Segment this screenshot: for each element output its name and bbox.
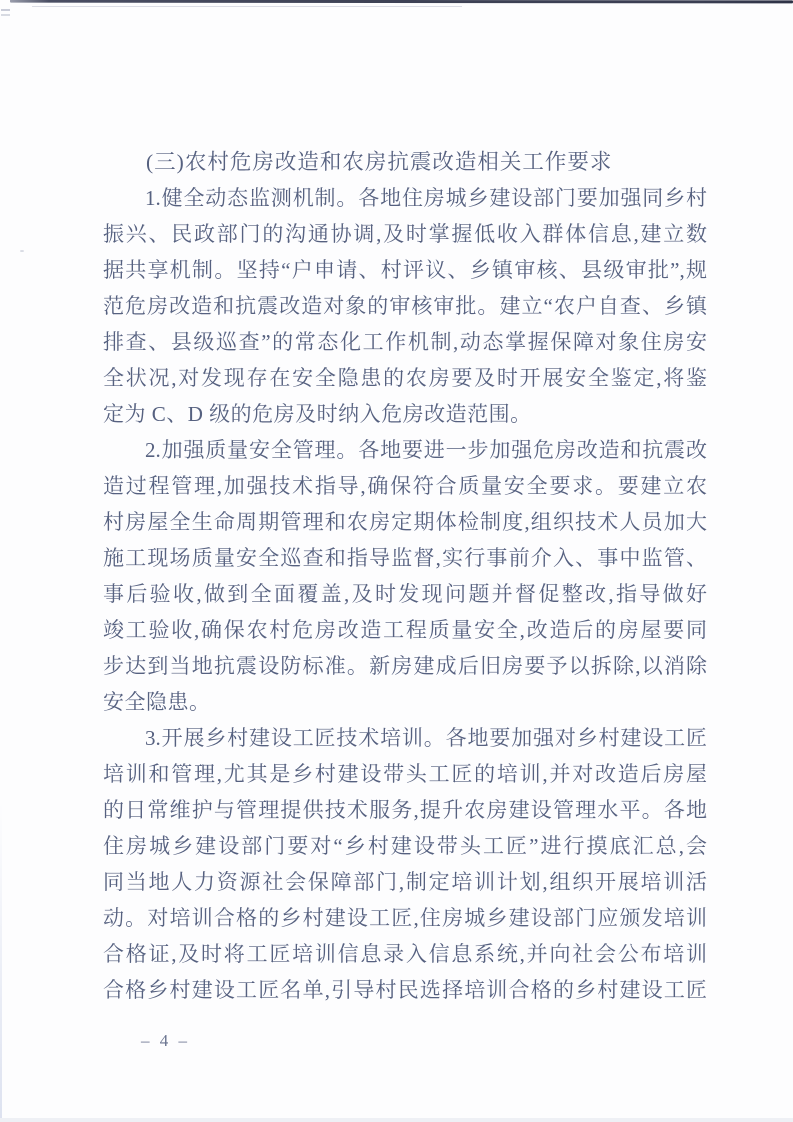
scan-artifact-top-edge: [10, 0, 793, 3]
paragraph-2-line-4: 施工现场质量安全巡查和指导监督,实行事前介入、事中监管、: [103, 540, 707, 576]
section-heading: (三)农村危房改造和农房抗震改造相关工作要求: [103, 144, 707, 180]
scan-artifact-bottom-edge: [0, 1118, 793, 1122]
paragraph-3-line-5: 同当地人力资源社会保障部门,制定培训计划,组织开展培训活: [103, 864, 707, 900]
scan-artifact-speck: [20, 250, 24, 252]
scan-artifact-smudge: [1, 9, 10, 11]
paragraph-3-line-3: 的日常维护与管理提供技术服务,提升农房建设管理水平。各地: [103, 792, 707, 828]
paragraph-3-line-8: 合格乡村建设工匠名单,引导村民选择培训合格的乡村建设工匠: [103, 972, 707, 1008]
paragraph-1-line-7: 定为 C、D 级的危房及时纳入危房改造范围。: [103, 396, 707, 432]
paragraph-3-line-6: 动。对培训合格的乡村建设工匠,住房城乡建设部门应颁发培训: [103, 900, 707, 936]
scanned-document-page: (三)农村危房改造和农房抗震改造相关工作要求 1.健全动态监测机制。各地住房城乡…: [0, 0, 793, 1122]
scan-artifact-faint-line: [32, 6, 462, 7]
paragraph-2-line-3: 村房屋全生命周期管理和农房定期体检制度,组织技术人员加大: [103, 504, 707, 540]
paragraph-1-line-3: 据共享机制。坚持“户申请、村评议、乡镇审核、县级审批”,规: [103, 252, 707, 288]
paragraph-2-line-2: 造过程管理,加强技术指导,确保符合质量安全要求。要建立农: [103, 468, 707, 504]
document-body: (三)农村危房改造和农房抗震改造相关工作要求 1.健全动态监测机制。各地住房城乡…: [103, 144, 707, 1008]
paragraph-3-line-4: 住房城乡建设部门要对“乡村建设带头工匠”进行摸底汇总,会: [103, 828, 707, 864]
paragraph-2-line-5: 事后验收,做到全面覆盖,及时发现问题并督促整改,指导做好: [103, 576, 707, 612]
paragraph-2-line-6: 竣工验收,确保农村危房改造工程质量安全,改造后的房屋要同: [103, 612, 707, 648]
paragraph-3-line-7: 合格证,及时将工匠培训信息录入信息系统,并向社会公布培训: [103, 936, 707, 972]
paragraph-2-line-8: 安全隐患。: [103, 684, 707, 720]
paragraph-2-line-1: 2.加强质量安全管理。各地要进一步加强危房改造和抗震改: [103, 432, 707, 468]
scan-artifact-left-edge: [0, 802, 2, 1122]
paragraph-1-line-5: 排查、县级巡查”的常态化工作机制,动态掌握保障对象住房安: [103, 324, 707, 360]
paragraph-1-line-6: 全状况,对发现存在安全隐患的农房要及时开展安全鉴定,将鉴: [103, 360, 707, 396]
paragraph-3-line-2: 培训和管理,尤其是乡村建设带头工匠的培训,并对改造后房屋: [103, 756, 707, 792]
paragraph-3-line-1: 3.开展乡村建设工匠技术培训。各地要加强对乡村建设工匠: [103, 720, 707, 756]
paragraph-1-line-4: 范危房改造和抗震改造对象的审核审批。建立“农户自查、乡镇: [103, 288, 707, 324]
paragraph-1-line-2: 振兴、民政部门的沟通协调,及时掌握低收入群体信息,建立数: [103, 216, 707, 252]
page-number: – 4 –: [141, 1026, 190, 1056]
paragraph-2-line-7: 步达到当地抗震设防标准。新房建成后旧房要予以拆除,以消除: [103, 648, 707, 684]
paragraph-1-line-1: 1.健全动态监测机制。各地住房城乡建设部门要加强同乡村: [103, 180, 707, 216]
